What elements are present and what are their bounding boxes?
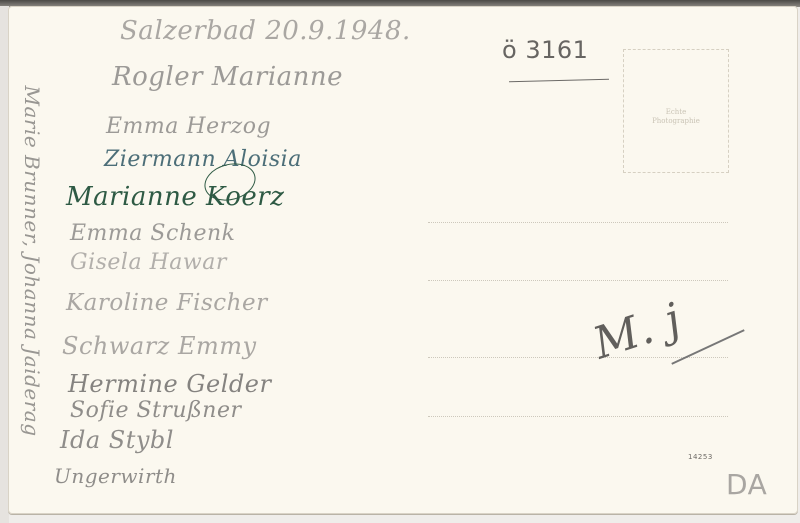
stamp-label: Echte Photographie	[624, 108, 728, 126]
signature: Ungerwirth	[54, 464, 177, 488]
signature: Karoline Fischer	[66, 290, 268, 316]
signature: Sofie Strußner	[70, 398, 242, 423]
print-number: 14253	[688, 453, 713, 461]
vertical-margin-text: Marie Brunner, Johanna Jaiderag	[20, 85, 44, 436]
reference-underline	[509, 79, 609, 83]
stamp-box: Echte Photographie	[623, 49, 729, 173]
reference-number: ö 3161	[502, 36, 588, 64]
address-line-2	[428, 280, 728, 281]
stamp-label-line1: Echte	[624, 108, 728, 117]
address-scribble: M. j	[587, 294, 687, 370]
corner-mark: DA	[726, 468, 767, 501]
postcard: Salzerbad 20.9.1948. ö 3161 Echte Photog…	[8, 6, 798, 514]
address-line-1	[428, 222, 728, 223]
signature: Schwarz Emmy	[62, 332, 257, 360]
signature: Rogler Marianne	[112, 62, 343, 92]
signature: Hermine Gelder	[68, 370, 271, 398]
signature: Emma Herzog	[106, 114, 271, 139]
signature: Ziermann Aloisia	[104, 147, 302, 172]
address-line-4	[428, 416, 728, 417]
signature: Gisela Hawar	[70, 250, 227, 275]
date-line: Salzerbad 20.9.1948.	[120, 16, 411, 46]
stamp-label-line2: Photographie	[624, 117, 728, 126]
signature: Emma Schenk	[70, 221, 235, 246]
signature: Ida Stybl	[60, 426, 174, 454]
